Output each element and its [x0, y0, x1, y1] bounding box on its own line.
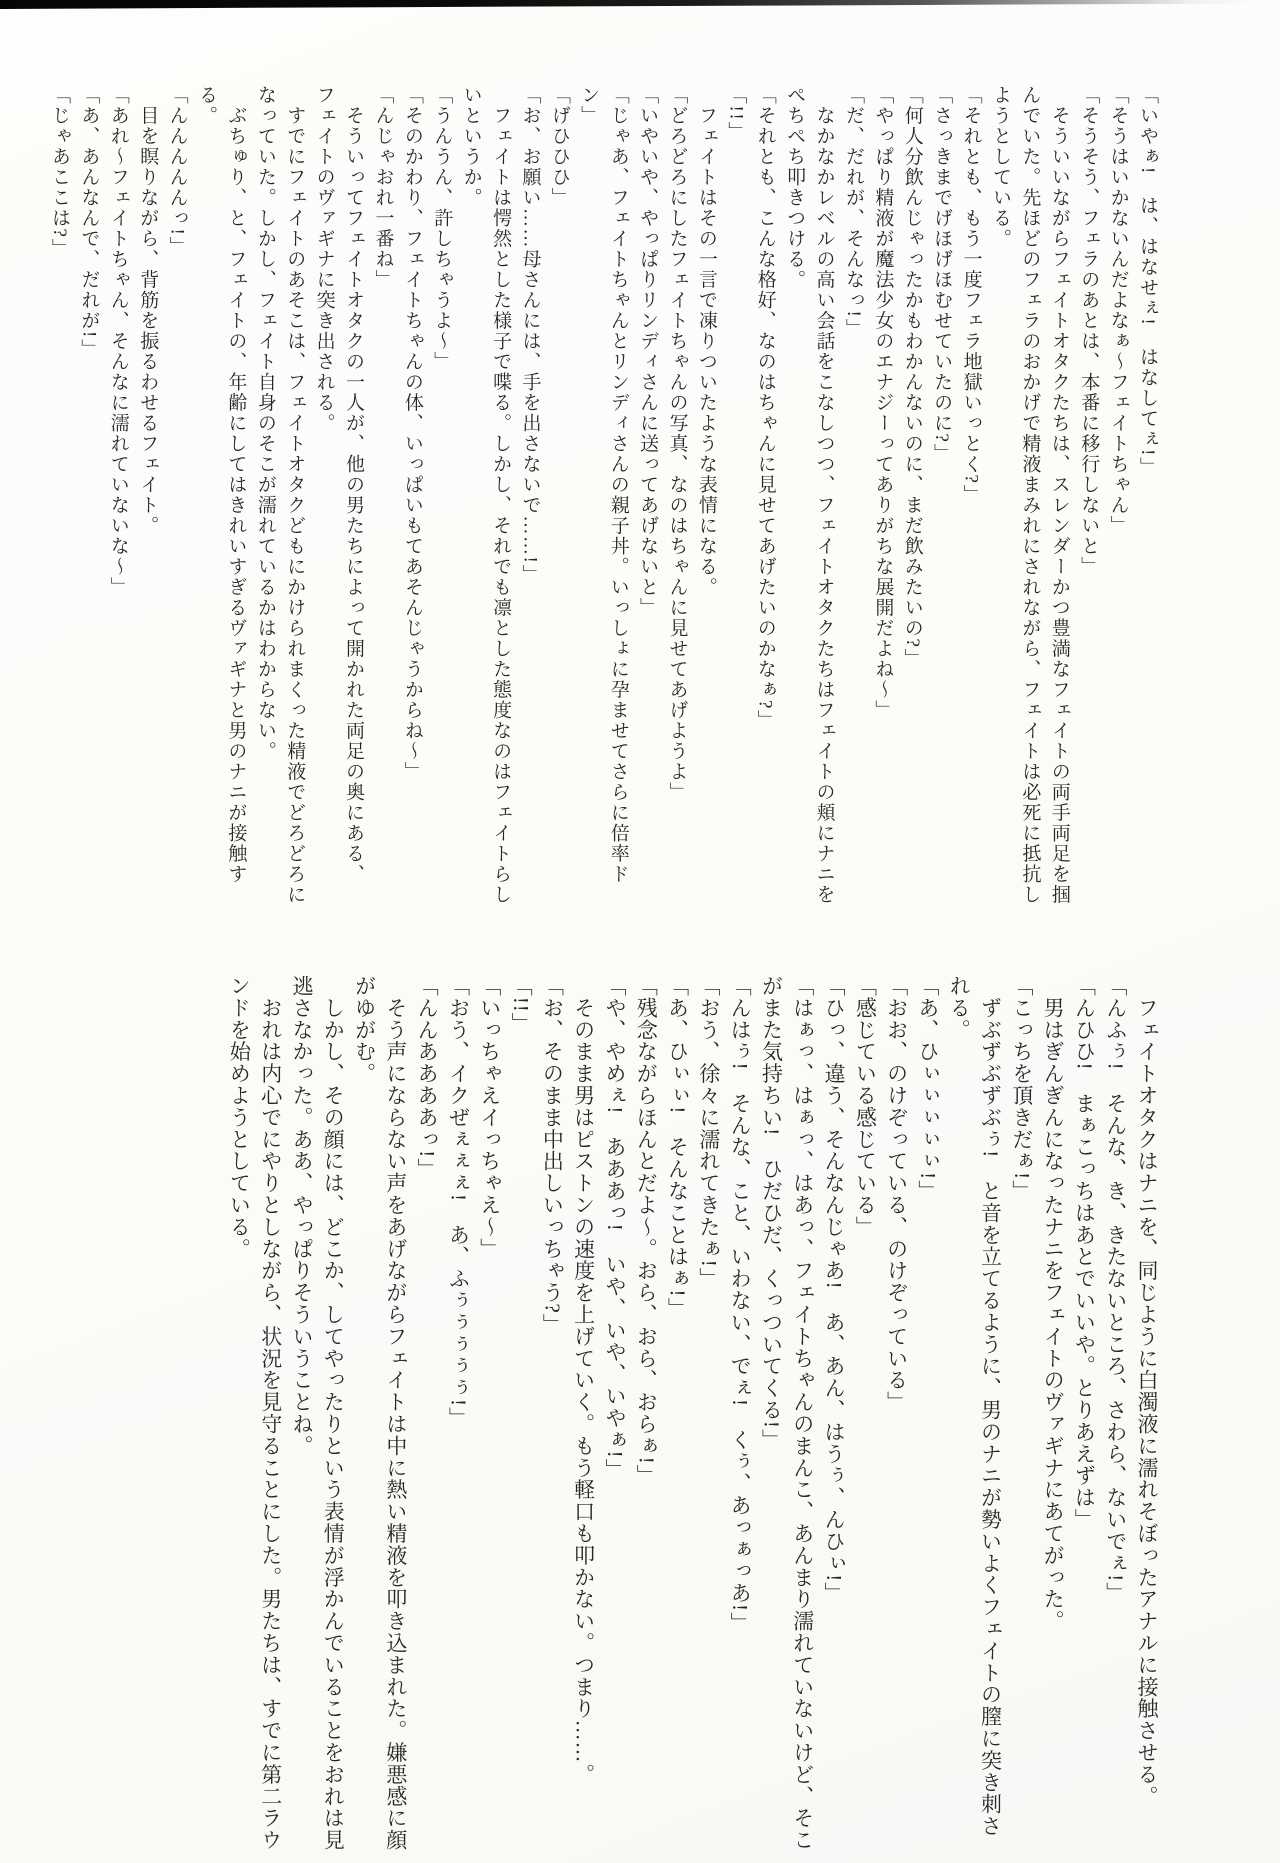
paragraph: 「げひひひ」: [544, 85, 573, 908]
paragraph: すでにフェイトのあそこは、フェイトオタクどもにかけられまくった精液でどろどろにな…: [250, 85, 309, 908]
paragraph: 「何人分飲んじゃったかもわかんないのに、まだ飲みたいの?」: [897, 85, 926, 908]
paragraph: ぶちゅり、と、フェイトの、年齢にしてはきれいすぎるヴァギナと男のナニが接触する。: [192, 85, 251, 908]
paragraph: 「さっきまでげほげほむせていたのに?」: [927, 85, 956, 908]
paragraph: 「それとも、こんな格好、なのはちゃんに見せてあげたいのかなぁ?」: [750, 85, 779, 908]
paragraph: そういってフェイトオタクの一人が、他の男たちによって開かれた両足の奥にある、フェ…: [309, 85, 368, 908]
paragraph: 「おう、イクぜぇぇぇ! あ、ふぅぅぅぅぅ!」: [442, 975, 473, 1854]
paragraph: 「んひひ! まぁこっちはあとでいいや。とりあえずは」: [1068, 975, 1099, 1854]
paragraph: 「んじゃおれ一番ね」: [368, 85, 397, 908]
paragraph: ずぶずぶずぶぅ! と音を立てるように、男のナニが勢いよくフェイトの膣に突き刺され…: [943, 975, 1006, 1854]
paragraph: 「どろどろにしたフェイトちゃんの写真、なのはちゃんに見せてあげようよ」: [662, 85, 691, 908]
paragraph: 「こっちを頂きだぁ!」: [1006, 975, 1037, 1854]
paragraph: フェイトは愕然とした様子で喋る。しかし、それでも凛とした態度なのはフェイトらしい…: [456, 85, 515, 908]
paragraph: 「や、やめぇ! あああっ! いや、いや、いやぁ!」: [599, 975, 630, 1854]
paragraph: 「あ、あんなんで、だれが!」: [74, 85, 103, 908]
paragraph: 「感じている感じている」: [849, 975, 880, 1854]
paragraph: 「んんんんんっ!」: [162, 85, 191, 908]
paragraph: 「じゃあここは?」: [45, 85, 74, 908]
paragraph: 「!!」: [505, 975, 536, 1854]
paragraph: しかし、その顔には、どこか、してやったりという表情が浮かんでいることをおれは見逃…: [286, 975, 349, 1854]
paragraph: 「はぁっ、はぁっ、はあっ、フェイトちゃんのまんこ、あんまり濡れていないけど、そこ…: [755, 975, 818, 1854]
scan-edge-artifact: [0, 0, 1280, 9]
paragraph: フェイトオタクはナニを、同じように白濁液に濡れそぼったアナルに接触させる。: [1131, 975, 1162, 1854]
paragraph: 「!!」: [721, 85, 750, 908]
paragraph: 「やっぱり精液が魔法少女のエナジーってありがちな展開だよね〜」: [868, 85, 897, 908]
paragraph: 「いっちゃえイっちゃえ〜」: [473, 975, 504, 1854]
paragraph: 「そのかわり、フェイトちゃんの体、いっぱいもてあそんじゃうからね〜」: [397, 85, 426, 908]
paragraph: 「残念ながらほんとだよ〜。おら、おら、おらぁ!」: [630, 975, 661, 1854]
paragraph: そう声にならない声をあげながらフェイトは中に熱い精液を叩き込まれた。嫌悪感に顔が…: [348, 975, 411, 1854]
paragraph: 「そうはいかないんだよなぁ〜フェイトちゃん」: [1103, 85, 1132, 908]
paragraph: 「おう、徐々に濡れてきたぁ!」: [693, 975, 724, 1854]
paragraph: フェイトはその一言で凍りついたような表情になる。: [692, 85, 721, 908]
paragraph: なかなかレベルの高い会話をこなしつつ、フェイトオタクたちはフェイトの頬にナニをぺ…: [780, 85, 839, 908]
bottom-text-block: フェイトオタクはナニを、同じように白濁液に濡れそぼったアナルに接触させる。「んふ…: [223, 975, 1162, 1854]
top-text-block: 「いやぁ! は、はなせぇ! はなしてぇ!」「そうはいかないんだよなぁ〜フェイトち…: [45, 85, 1162, 908]
scanned-page: 「いやぁ! は、はなせぇ! はなしてぇ!」「そうはいかないんだよなぁ〜フェイトち…: [0, 0, 1280, 1863]
paragraph: 「ひっ、違う、そんなんじゃあ! あ、あん、はうぅ、んひぃ!」: [818, 975, 849, 1854]
paragraph: 「んふぅ! そんな、き、きたないところ、さわら、ないでぇ!」: [1099, 975, 1130, 1854]
paragraph: 「いやぁ! は、はなせぇ! はなしてぇ!」: [1133, 85, 1162, 908]
paragraph: 「うんうん、許しちゃうよ〜」: [427, 85, 456, 908]
paragraph: 「それとも、もう一度フェラ地獄いっとく?」: [956, 85, 985, 908]
paragraph: 「そうそう、フェラのあとは、本番に移行しないと」: [1074, 85, 1103, 908]
paragraph: 男はぎんぎんになったナニをフェイトのヴァギナにあてがった。: [1037, 975, 1068, 1854]
paragraph: 「おお、のけぞっている、のけぞっている」: [880, 975, 911, 1854]
paragraph: 「んはぅ! そんな、こと、いわない、でぇ! くぅ、あっぁっあ!」: [724, 975, 755, 1854]
paragraph: おれは内心でにやりとしながら、状況を見守ることにした。男たちは、すでに第二ラウン…: [223, 975, 286, 1854]
paragraph: 「じゃあ、フェイトちゃんとリンディさんの親子丼。いっしょに孕ませてさらに倍率ドン…: [574, 85, 633, 908]
paragraph: 「んんああああっ!」: [411, 975, 442, 1854]
paragraph: 「あ、ひぃぃ! そんなことはぁ!」: [661, 975, 692, 1854]
paragraph: 「お、お願い……母さんには、手を出さないで……!」: [515, 85, 544, 908]
paragraph: そのまま男はピストンの速度を上げていく。もう軽口も叩かない。つまり……。: [567, 975, 598, 1854]
paragraph: 「あれ〜フェイトちゃん、そんなに濡れていないな〜」: [103, 85, 132, 908]
paragraph: そういいながらフェイトオタクたちは、スレンダーかつ豊満なフェイトの両手両足を掴ん…: [986, 85, 1074, 908]
paragraph: 「あ、ひぃぃぃぃぃ!」: [912, 975, 943, 1854]
paragraph: 目を瞑りながら、背筋を振るわせるフェイト。: [133, 85, 162, 908]
paragraph: 「だ、だれが、そんなっ!」: [839, 85, 868, 908]
paragraph: 「お、そのまま中出しいっちゃう?」: [536, 975, 567, 1854]
paragraph: 「いやいや、やっぱりリンディさんに送ってあげないと」: [633, 85, 662, 908]
